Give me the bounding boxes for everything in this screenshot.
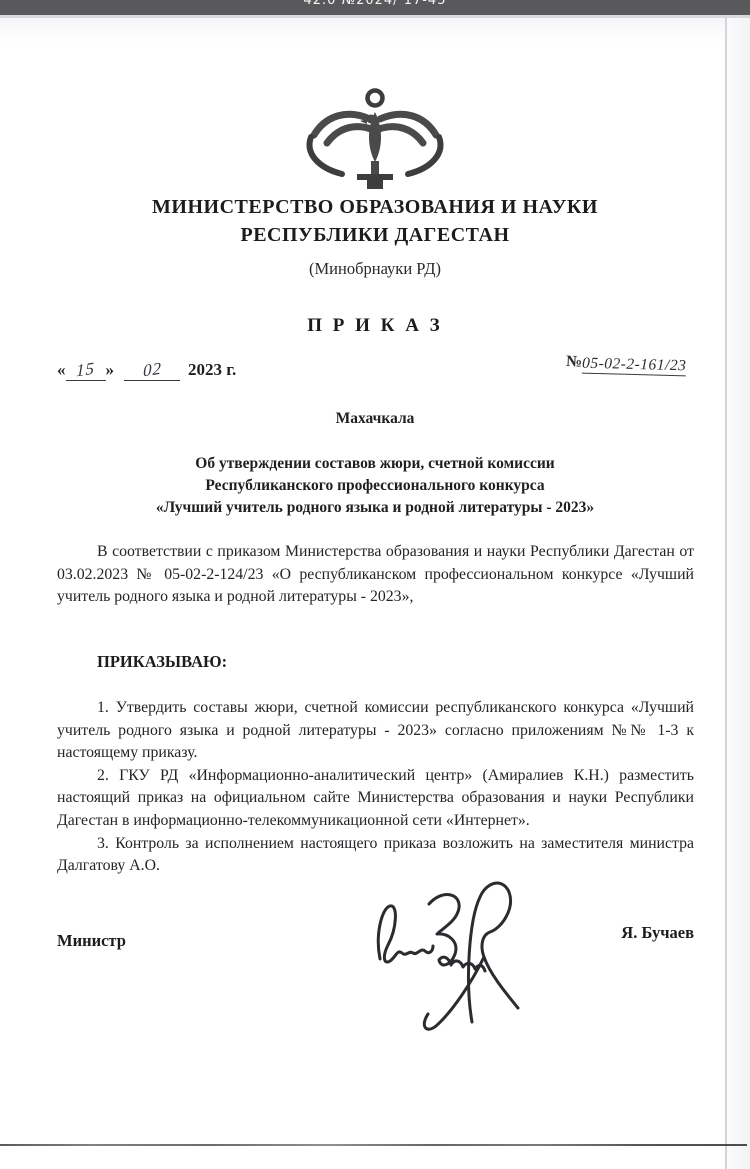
- ministry-name-line1: МИНИСТЕРСТВО ОБРАЗОВАНИЯ И НАУКИ: [0, 196, 750, 219]
- date-year: 2023 г.: [188, 360, 236, 379]
- order-heading: П Р И К А З: [0, 315, 750, 337]
- order-number: №05-02-2-161/23: [566, 353, 749, 380]
- date-day-slot: 15: [66, 360, 106, 381]
- date-month-handwritten: 02: [143, 359, 162, 382]
- status-bar-text: 42.0 №2024/ 17-45: [0, 0, 750, 8]
- scan-right-edge: [725, 18, 727, 1169]
- scan-bottom-edge: [0, 1144, 747, 1146]
- date-close-quote: »: [106, 360, 115, 379]
- status-bar: 42.0 №2024/ 17-45: [0, 0, 750, 15]
- directive-heading: ПРИКАЗЫВАЮ:: [97, 652, 227, 672]
- screenshot-root: { "status_bar": { "clipped_text": "42.0 …: [0, 0, 750, 1169]
- intro-paragraph-block: В соответствии с приказом Министерства о…: [57, 541, 694, 609]
- order-items-block: 1. Утвердить составы жюри, счетной комис…: [57, 697, 694, 878]
- city-line: Махачкала: [0, 410, 750, 428]
- order-item-1: 1. Утвердить составы жюри, счетной комис…: [57, 697, 694, 765]
- date-day-handwritten: 15: [76, 359, 95, 382]
- coat-of-arms-icon: [290, 85, 460, 193]
- subject-line-1: Об утверждении составов жюри, счетной ко…: [0, 453, 750, 475]
- date-open-quote: «: [57, 360, 66, 379]
- subject-block: Об утверждении составов жюри, счетной ко…: [0, 453, 750, 519]
- date-line: «15»022023 г.: [57, 360, 236, 381]
- date-month-slot: 02: [124, 360, 180, 381]
- order-item-2: 2. ГКУ РД «Информационно-аналитический ц…: [57, 765, 694, 833]
- minister-signature-scribble: [332, 862, 562, 1032]
- scan-top-fade: [0, 18, 750, 44]
- order-number-handwritten: 05-02-2-161/23: [582, 355, 687, 377]
- scan-right-margin: [727, 18, 750, 1169]
- ministry-name-line2: РЕСПУБЛИКИ ДАГЕСТАН: [0, 224, 750, 247]
- ministry-short-name: (Минобрнауки РД): [0, 259, 750, 279]
- intro-paragraph: В соответствии с приказом Министерства о…: [57, 541, 694, 609]
- subject-line-2: Республиканского профессионального конку…: [0, 475, 750, 497]
- number-sign: №: [566, 353, 583, 371]
- subject-line-3: «Лучший учитель родного языка и родной л…: [0, 497, 750, 519]
